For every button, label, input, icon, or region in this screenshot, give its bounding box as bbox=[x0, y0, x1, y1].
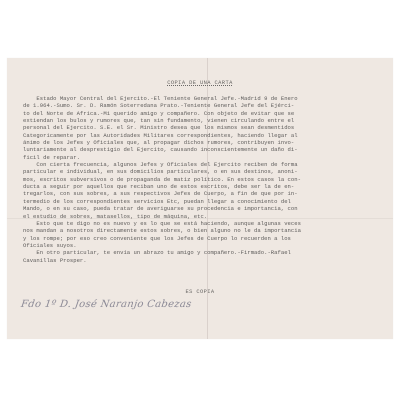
letter-line: to del Norte de Africa.-Mi querido amigo… bbox=[23, 110, 385, 117]
letter-line: Esto que te digo no es nuevo y es lo que… bbox=[23, 220, 385, 227]
document-title: COPIA DE UNA CARTA bbox=[7, 80, 393, 86]
letter-line: Mando, o en su caso, pueda tratar de ave… bbox=[23, 205, 385, 212]
letter-line: Categoricamente por las Autoridades Mili… bbox=[23, 132, 385, 139]
letter-line: y los rompe; por eso creo conveniente qu… bbox=[23, 235, 385, 242]
letter-line: luntariamente al desprestigio del Ejerci… bbox=[23, 146, 385, 153]
letter-line: ficil de reparar. bbox=[23, 154, 385, 161]
letter-line: En otro particular, te envía un abrazo t… bbox=[23, 249, 385, 256]
letter-line: de 1.964.-Sumo. Sr. D. Ramón Soterredana… bbox=[23, 102, 385, 109]
handwritten-signature: Fdo 1º D. José Naranjo Cabezas bbox=[20, 299, 192, 310]
letter-line: particular e individual, en sus domicili… bbox=[23, 168, 385, 175]
letter-line: Cavanillas Prosper. bbox=[23, 257, 385, 264]
letter-line: Con cierta frecuencia, algunos Jefes y O… bbox=[23, 161, 385, 168]
letter-line: personal del Ejercito. S.E. el Sr. Minis… bbox=[23, 124, 385, 131]
closing-es-copia: ES COPIA bbox=[7, 289, 393, 295]
letter-line: tregarlos, con sus sobres, a sus respect… bbox=[23, 190, 385, 197]
letter-line: termedio de los correspondientes servici… bbox=[23, 198, 385, 205]
letter-line: el estudio de sobres, matasellos, tipo d… bbox=[23, 213, 385, 220]
letter-line: mos, escritos subversivos o de propagand… bbox=[23, 176, 385, 183]
letter-line: ducta a seguir por aquellos que reciban … bbox=[23, 183, 385, 190]
letter-line: extiendan los bulos y rumores que, tan s… bbox=[23, 117, 385, 124]
letter-body: Estado Mayor Central del Ejercito.-El Te… bbox=[23, 95, 385, 264]
document-paper: COPIA DE UNA CARTA Estado Mayor Central … bbox=[7, 58, 393, 339]
letter-line: nos mandan a nosotros directamente estos… bbox=[23, 227, 385, 234]
letter-line: Oficiales suyos. bbox=[23, 242, 385, 249]
letter-line: ánimo de los Jefes y Oficiales que, al p… bbox=[23, 139, 385, 146]
letter-line: Estado Mayor Central del Ejercito.-El Te… bbox=[23, 95, 385, 102]
